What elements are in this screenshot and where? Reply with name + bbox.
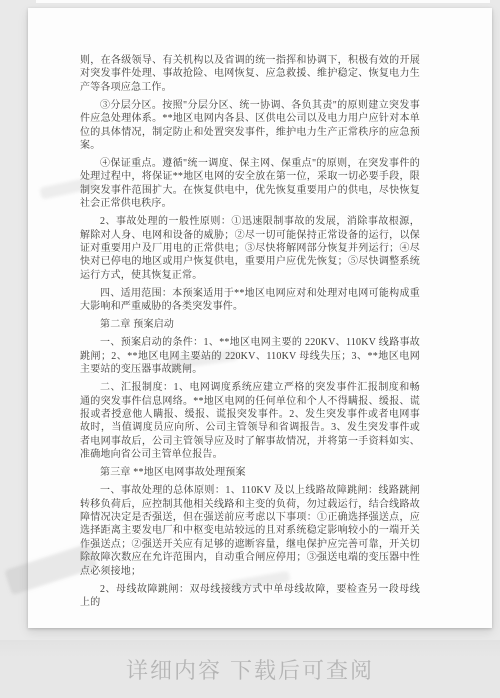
paragraph: 第三章 **地区电网事故处理预案 (80, 466, 420, 479)
footer-bar: 详细内容 下载后可查阅 (0, 640, 500, 698)
paragraph: 四、适用范围：本预案适用于**地区电网应对和处理对电网可能构成重大影响和严重威胁… (80, 287, 420, 314)
screenshot-root: { "colors": { "canvas_background": "#e9e… (0, 0, 500, 698)
paragraph: 二、汇报制度：1、电网调度系统应建立严格的突发事件汇报制度和畅通的突发事件信息网… (80, 381, 420, 461)
previous-page-edge (36, 0, 490, 3)
paragraph: 第二章 预案启动 (80, 318, 420, 331)
paragraph: 2、事故处理的一般性原则：①迅速限制事故的发展，消除事故根源，解除对人身、电网和… (80, 215, 420, 282)
paragraph: 一、事故处理的总体原则：1、110KV 及以上线路故障跳闸：线路跳闸转移负荷后，… (80, 484, 420, 578)
paragraph: ④保证重点。遵循"统一调度、保主网、保重点"的原则，在突发事件的处理过程中，将保… (80, 157, 420, 211)
footer-note: 详细内容 下载后可查阅 (126, 654, 374, 685)
paragraph: 2、母线故障跳闸：双母线接线方式中单母线故障，要检查另一段母线上的 (80, 583, 420, 610)
paragraph: 一、预案启动的条件：1、**地区电网主要的 220KV、110KV 线路事故跳闸… (80, 336, 420, 376)
document-page: 则，在各级领导、有关机构以及省调的统一指挥和协调下，积极有效的开展对突发事件处理… (28, 8, 492, 628)
paragraph: 则，在各级领导、有关机构以及省调的统一指挥和协调下，积极有效的开展对突发事件处理… (80, 54, 420, 94)
paragraph: ③分层分区。按照"分层分区、统一协调、各负其责"的原则建立突发事件应急处理体系。… (80, 99, 420, 153)
document-body: 则，在各级领导、有关机构以及省调的统一指挥和协调下，积极有效的开展对突发事件处理… (80, 54, 420, 614)
